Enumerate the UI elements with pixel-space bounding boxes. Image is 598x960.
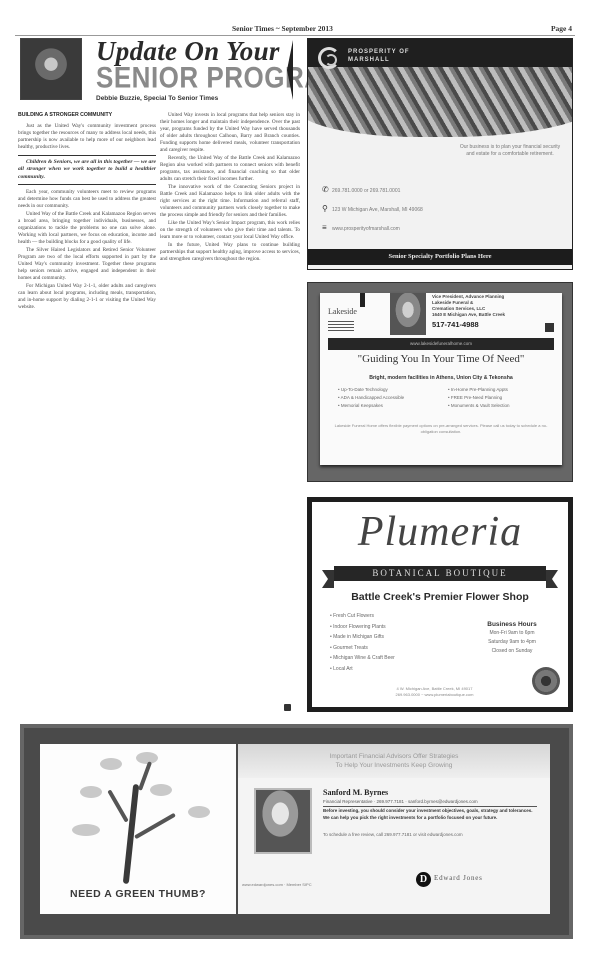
call-to-action: To schedule a free review, call 269.977.… [323, 832, 537, 837]
business-hours: Business Hours Mon-Fri 9am to 6pm Saturd… [467, 620, 557, 656]
ad-slogan: "Guiding You In Your Time Of Need" [320, 353, 562, 365]
ad-card: Lakeside Vice President, Advance Plannin… [320, 293, 562, 465]
agent-info: Vice President, Advance Planning Lakesid… [432, 294, 505, 330]
service-item: Michigan Wine & Craft Beer [330, 653, 395, 664]
paragraph: Each year, community volunteers meet to … [18, 189, 156, 210]
tree-branch [138, 761, 152, 791]
services-list: Fresh Cut Flowers Indoor Flowering Plant… [330, 611, 395, 674]
agent-photo [390, 293, 426, 335]
feature-item: • Memorial Keepsakes [338, 403, 438, 408]
phone-icon: ✆ [322, 181, 332, 198]
paragraph: United Way of the Battle Creek and Kalam… [18, 211, 156, 246]
title-arrow-decoration [287, 40, 293, 100]
feature-list: • Up-To-Date Technology • In-Home Pre-Pl… [338, 387, 548, 408]
section-heading: BUILDING A STRONGER COMMUNITY [18, 112, 156, 119]
author-photo [20, 38, 82, 100]
leaf-icon [80, 786, 102, 798]
feature-item: • In-Home Pre-Planning Appts [448, 387, 548, 392]
tree-branch [107, 789, 128, 822]
paragraph: The Silver Haired Legislators and Retire… [18, 247, 156, 282]
advisor-description: Before investing, you should consider yo… [323, 808, 537, 821]
hands-photo [307, 67, 573, 137]
contact-phone: ✆269.781.0000 or 269.781.0001 [322, 181, 423, 200]
flower-icon [532, 667, 560, 695]
feature-item: • Up-To-Date Technology [338, 387, 438, 392]
advisor-name: Sanford M. Byrnes [323, 788, 388, 797]
leaf-icon [72, 824, 100, 836]
advisor-headline: Important Financial Advisors Offer Strat… [238, 744, 550, 778]
leaf-icon [188, 806, 210, 818]
advisor-title: Financial Representative · 269.977.7181 … [323, 799, 537, 807]
paragraph: For Michigan United Way 2-1-1, older adu… [18, 283, 156, 311]
service-item: Gourmet Treats [330, 643, 395, 654]
water-lines-icon [328, 321, 354, 331]
publication-date: Senior Times ~ September 2013 [232, 24, 333, 33]
location-pin-icon: ⚲ [322, 200, 332, 217]
fine-print: Lakeside Funeral Home offers flexible pa… [330, 423, 552, 435]
lighthouse-icon [360, 293, 365, 307]
paragraph: Just as the United Way's community inves… [18, 123, 156, 151]
article-byline: Debbie Buzzie, Special To Senior Times [96, 95, 218, 102]
advisor-panel: Important Financial Advisors Offer Strat… [238, 744, 550, 914]
article-end-mark-icon [284, 704, 291, 711]
ribbon-banner: BOTANICAL BOUTIQUE [334, 566, 546, 581]
plumeria-logo: Plumeria [312, 508, 568, 556]
service-item: Indoor Flowering Plants [330, 622, 395, 633]
paragraph: Like the United Way's Senior Impact prog… [160, 220, 300, 241]
paragraph: The innovative work of the Connecting Se… [160, 184, 300, 219]
page-number: Page 4 [551, 24, 572, 33]
ad-headline: Battle Creek's Premier Flower Shop [312, 591, 568, 603]
green-thumb-headline: NEED A GREEN THUMB? [40, 888, 236, 900]
agent-phone: 517-741-4988 [432, 320, 505, 330]
shop-address: 4 W. Michigan Ave, Battle Creek, MI 4901… [362, 686, 507, 698]
pull-quote: Children & Seniors, we are all in this t… [18, 155, 156, 185]
website-bar[interactable]: www.lakesidefuneralhome.com [328, 338, 554, 350]
plumeria-advertisement[interactable]: Plumeria BOTANICAL BOUTIQUE Battle Creek… [307, 497, 573, 712]
lakeside-logo: Lakeside [328, 307, 376, 316]
brand-name: PROSPERITY OF MARSHALL [348, 48, 410, 64]
feature-item: • ADA & Handicapped Accessible [338, 395, 438, 400]
ad-footer-bar: Senior Specialty Portfolio Plans Here [308, 249, 572, 265]
financial-advisor-advertisement[interactable]: NEED A GREEN THUMB? Important Financial … [20, 724, 573, 939]
service-item: Local Art [330, 664, 395, 675]
service-item: Made in Michigan Gifts [330, 632, 395, 643]
firm-logo-icon: D [416, 872, 431, 887]
paragraph: In the future, United Way plans to conti… [160, 242, 300, 263]
lakeside-funeral-advertisement[interactable]: Lakeside Vice President, Advance Plannin… [307, 282, 573, 482]
contact-website[interactable]: ≡www.prosperityofmarshall.com [322, 219, 423, 238]
article-column-1: BUILDING A STRONGER COMMUNITY Just as th… [18, 112, 156, 720]
leaf-icon [150, 784, 172, 796]
contact-list: ✆269.781.0000 or 269.781.0001 ⚲123 W Mic… [322, 181, 423, 238]
feature-item: • FREE Pre-Need Planning [448, 395, 548, 400]
web-icon: ≡ [322, 219, 332, 236]
ad-subhead: Bright, modern facilities in Athens, Uni… [320, 375, 562, 381]
paragraph: United Way invests in local programs tha… [160, 112, 300, 154]
contact-address: ⚲123 W Michigan Ave, Marshall, MI 49068 [322, 200, 423, 219]
ad-tagline: Our business is to plan your financial s… [458, 144, 562, 158]
qr-code-icon [545, 323, 554, 332]
swirl-logo-icon [318, 47, 340, 69]
tree-branch [134, 813, 176, 839]
leaf-icon [100, 758, 122, 770]
firm-name: Edward Jones [434, 874, 483, 882]
advisor-photo [254, 788, 312, 854]
feature-item: • Monuments & Vault Selection [448, 403, 548, 408]
article-column-2: United Way invests in local programs tha… [160, 112, 300, 712]
finance-advertisement[interactable]: PROSPERITY OF MARSHALL Our business is t… [307, 38, 573, 270]
green-thumb-panel: NEED A GREEN THUMB? [40, 744, 236, 914]
paragraph: Recently, the United Way of the Battle C… [160, 155, 300, 183]
advisor-footer: www.edwardjones.com · Member SIPC [238, 882, 418, 887]
service-item: Fresh Cut Flowers [330, 611, 395, 622]
